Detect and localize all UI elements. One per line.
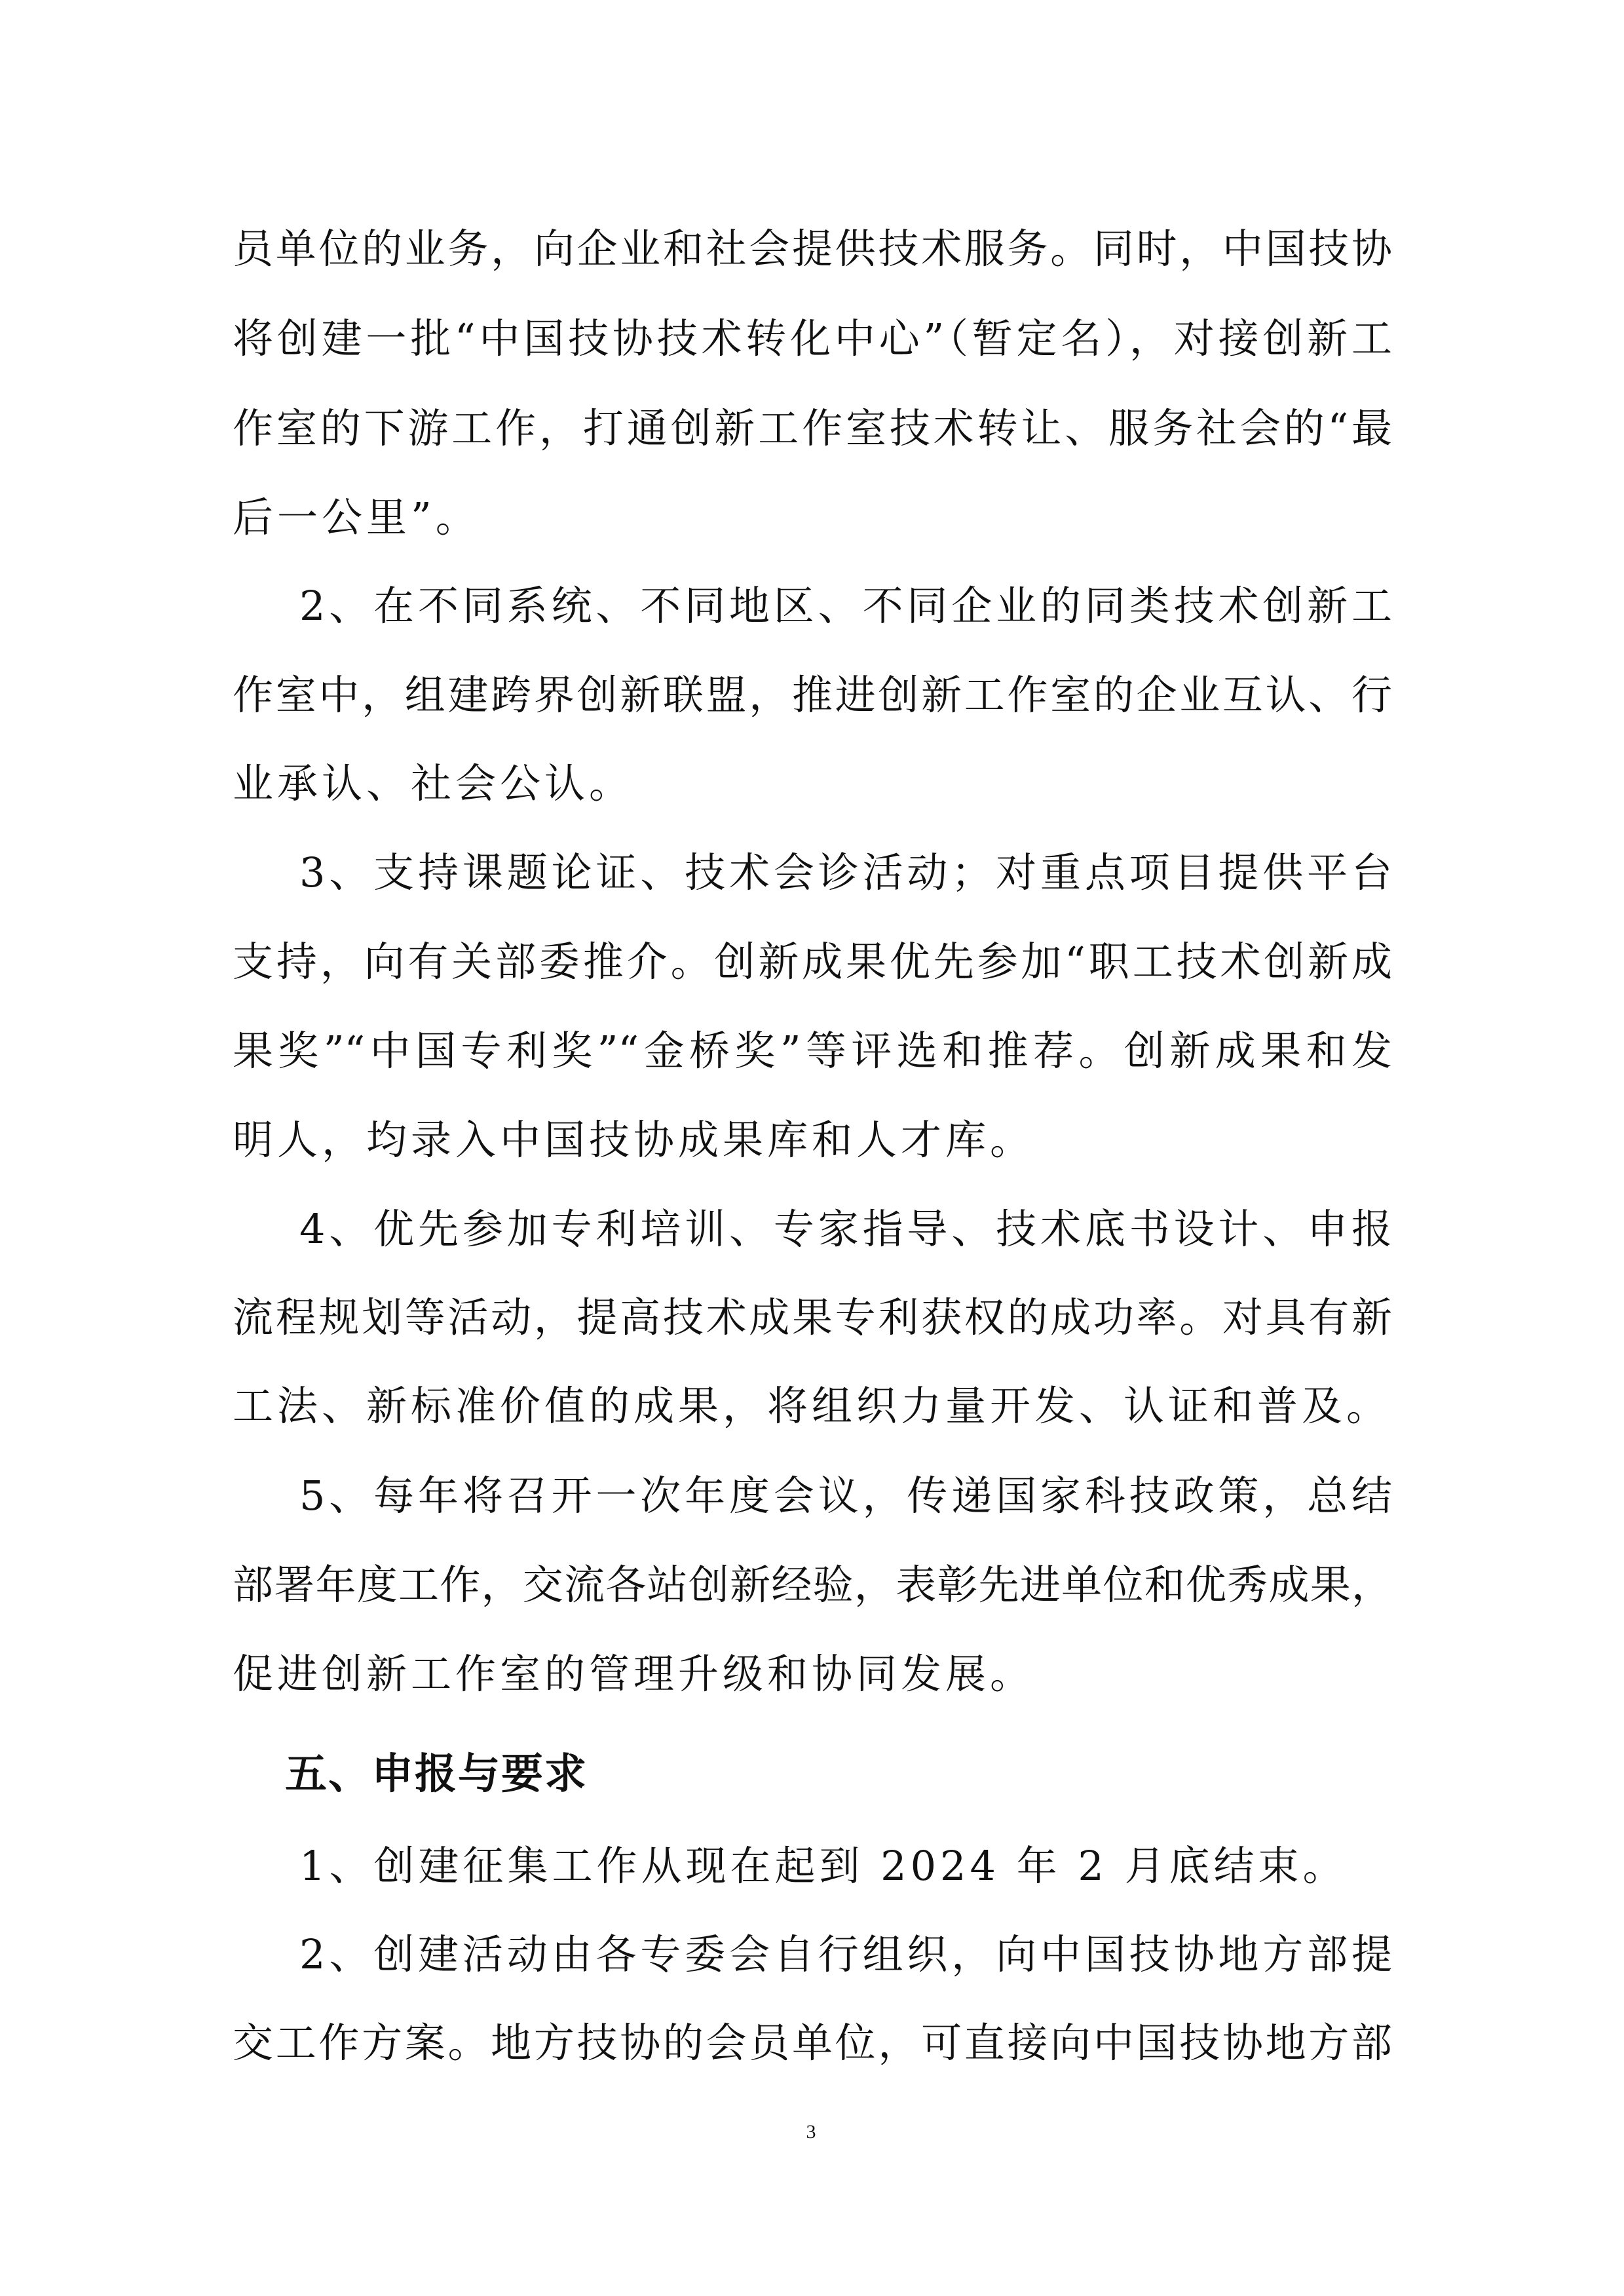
paragraph-line: 果奖”“中国专利奖”“金桥奖”等评选和推荐。创新成果和发 (233, 1027, 1392, 1075)
list-item-first-line: 1、创建征集工作从现在起到 2024 年 2 月底结束。 (299, 1843, 1348, 1890)
list-item-first-line: 2、在不同系统、不同地区、不同企业的同类技术创新工 (299, 583, 1392, 630)
list-item-first-line: 2、创建活动由各专委会自行组织，向中国技协地方部提 (299, 1931, 1392, 1978)
paragraph-line: 支持，向有关部委推介。创新成果优先参加“职工技术创新成 (233, 938, 1392, 985)
paragraph-line: 作室的下游工作，打通创新工作室技术转让、服务社会的“最 (233, 405, 1392, 452)
list-item-first-line: 5、每年将召开一次年度会议，传递国家科技政策，总结 (299, 1472, 1392, 1520)
paragraph-line: 交工作方案。地方技协的会员单位，可直接向中国技协地方部 (233, 2019, 1392, 2067)
paragraph-line: 工法、新标准价值的成果，将组织力量开发、认证和普及。 (233, 1383, 1392, 1430)
document-page: 员单位的业务，向企业和社会提供技术服务。同时，中国技协 将创建一批“中国技协技术… (0, 0, 1624, 2296)
paragraph-line: 员单位的业务，向企业和社会提供技术服务。同时，中国技协 (233, 225, 1392, 273)
list-item-first-line: 3、支持课题论证、技术会诊活动；对重点项目提供平台 (299, 849, 1392, 896)
section-heading: 五、申报与要求 (285, 1750, 588, 1799)
paragraph-line: 将创建一批“中国技协技术转化中心”（暂定名），对接创新工 (233, 315, 1392, 362)
paragraph-line: 明人，均录入中国技协成果库和人才库。 (233, 1117, 1392, 1164)
paragraph-line: 业承认、社会公认。 (233, 760, 1392, 807)
paragraph-line: 流程规划等活动，提高技术成果专利获权的成功率。对具有新 (233, 1294, 1392, 1341)
paragraph-line: 促进创新工作室的管理升级和协同发展。 (233, 1651, 1392, 1698)
list-item-first-line: 4、优先参加专利培训、专家指导、技术底书设计、申报 (299, 1206, 1392, 1253)
page-number: 3 (798, 2120, 824, 2144)
paragraph-line: 作室中，组建跨界创新联盟，推进创新工作室的企业互认、行 (233, 672, 1392, 719)
paragraph-line: 后一公里”。 (233, 494, 1392, 541)
paragraph-line: 部署年度工作，交流各站创新经验，表彰先进单位和优秀成果， (233, 1561, 1392, 1609)
